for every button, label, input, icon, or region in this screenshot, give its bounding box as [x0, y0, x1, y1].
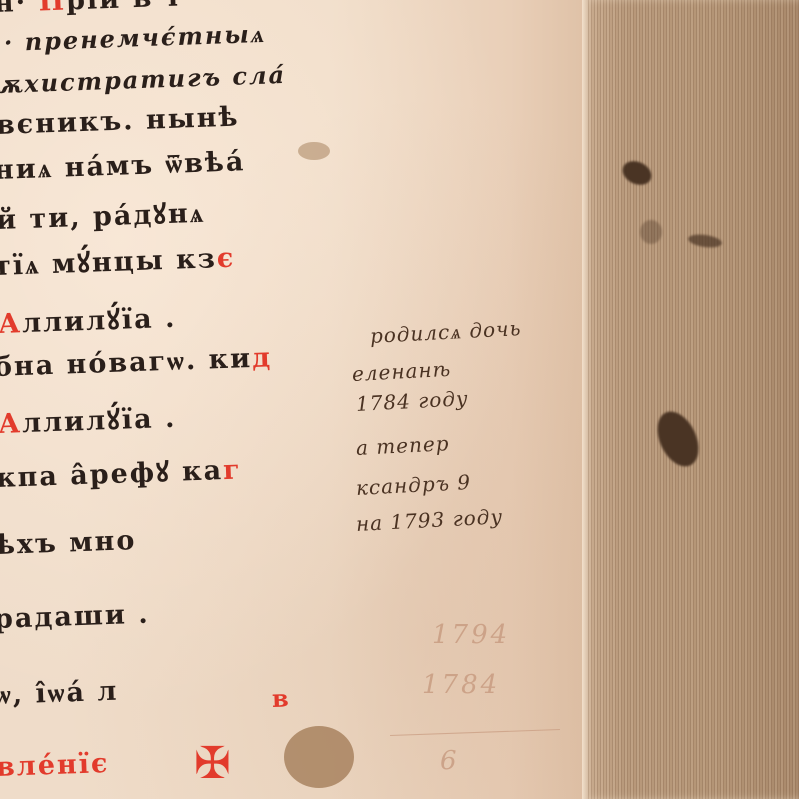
printed-line-12: ѣхъ мно — [0, 525, 137, 561]
faint-pencil-number-3: 6 — [440, 746, 460, 776]
printed-line-15: вле́нїє — [0, 748, 110, 783]
paper-stain — [298, 142, 330, 160]
printed-line-8: Аллилꙋ́їа . — [0, 298, 177, 341]
printed-line-14: ѡ, і̂ѡа́ л — [0, 676, 119, 711]
book-photograph: н· Прїй в т · пренемчє́тныѧ ѫхистратигъ … — [0, 0, 799, 799]
faint-pencil-number-1: 1794 — [432, 620, 510, 650]
faint-pencil-number-2: 1784 — [422, 670, 500, 700]
marginalia-line-4: а тепер — [355, 431, 450, 460]
book-page-edges — [582, 0, 799, 799]
printed-line-13: радаши . — [0, 599, 150, 635]
printed-red-letter-v: в — [271, 683, 291, 713]
paper-stain — [284, 726, 354, 788]
printed-line-10: Аллилꙋ́їа . — [0, 398, 177, 441]
printed-line-6: й ти, ра́дꙋнѧ — [0, 193, 206, 237]
red-cross-icon: ✠ — [194, 742, 231, 786]
ink-smudge — [640, 220, 662, 244]
